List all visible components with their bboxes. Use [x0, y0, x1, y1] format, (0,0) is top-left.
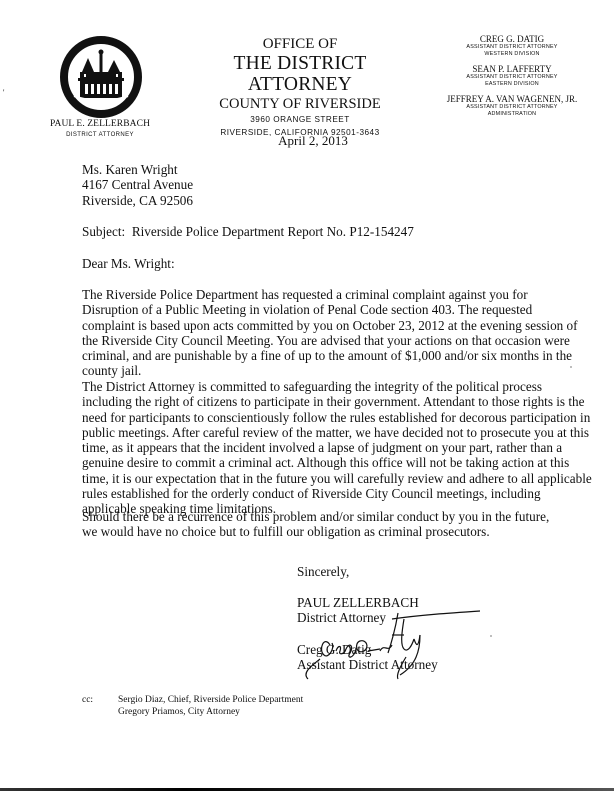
recipient-city: Riverside, CA 92506	[82, 193, 602, 208]
signer-name: Creg G. Datig	[297, 642, 438, 657]
scan-speck: '	[3, 88, 4, 97]
paragraph-3: Should there be a recurrence of this pro…	[82, 509, 560, 540]
county-name: COUNTY OF RIVERSIDE	[180, 95, 420, 113]
scan-speck	[570, 366, 572, 368]
signer-title: Assistant District Attorney	[297, 657, 438, 672]
staff-division: EASTERN DIVISION	[410, 81, 614, 88]
office-name: THE DISTRICT ATTORNEY	[180, 53, 420, 95]
recipient-name: Ms. Karen Wright	[82, 162, 602, 177]
cc-recipient: Sergio Diaz, Chief, Riverside Police Dep…	[118, 695, 303, 707]
cc-list: Sergio Diaz, Chief, Riverside Police Dep…	[118, 695, 303, 718]
staff-name: JEFFREY A. VAN WAGENEN, JR.	[410, 94, 614, 104]
cc-label: cc:	[82, 695, 93, 705]
office-street: 3960 ORANGE STREET	[180, 113, 420, 126]
office-header: OFFICE OF THE DISTRICT ATTORNEY COUNTY O…	[180, 36, 420, 139]
staff-division: ADMINISTRATION	[410, 111, 614, 118]
staff-division: WESTERN DIVISION	[410, 51, 614, 58]
staff-name: CREG G. DATIG	[410, 34, 614, 44]
paragraph-1: The Riverside Police Department has requ…	[82, 287, 587, 379]
courthouse-seal-icon	[60, 36, 142, 118]
staff-entry: SEAN P. LAFFERTY ASSISTANT DISTRICT ATTO…	[410, 64, 614, 87]
scan-speck	[490, 635, 492, 637]
signer-block: Creg G. Datig Assistant District Attorne…	[297, 642, 438, 673]
office-of-label: OFFICE OF	[180, 36, 420, 53]
letter-date: April 2, 2013	[0, 133, 614, 149]
recipient-address: Ms. Karen Wright 4167 Central Avenue Riv…	[82, 162, 602, 208]
subject-line: Subject: Riverside Police Department Rep…	[82, 224, 602, 239]
staff-list: CREG G. DATIG ASSISTANT DISTRICT ATTORNE…	[410, 2, 614, 117]
district-attorney-name: PAUL E. ZELLERBACH	[0, 119, 200, 129]
staff-name: SEAN P. LAFFERTY	[410, 64, 614, 74]
salutation: Dear Ms. Wright:	[82, 256, 602, 271]
recipient-street: 4167 Central Avenue	[82, 177, 602, 192]
staff-entry: JEFFREY A. VAN WAGENEN, JR. ASSISTANT DI…	[410, 94, 614, 117]
scan-edge	[0, 788, 614, 791]
closing: Sincerely,	[297, 564, 349, 579]
staff-entry: CREG G. DATIG ASSISTANT DISTRICT ATTORNE…	[410, 34, 614, 57]
paragraph-2: The District Attorney is committed to sa…	[82, 379, 592, 517]
cc-recipient: Gregory Priamos, City Attorney	[118, 707, 303, 719]
